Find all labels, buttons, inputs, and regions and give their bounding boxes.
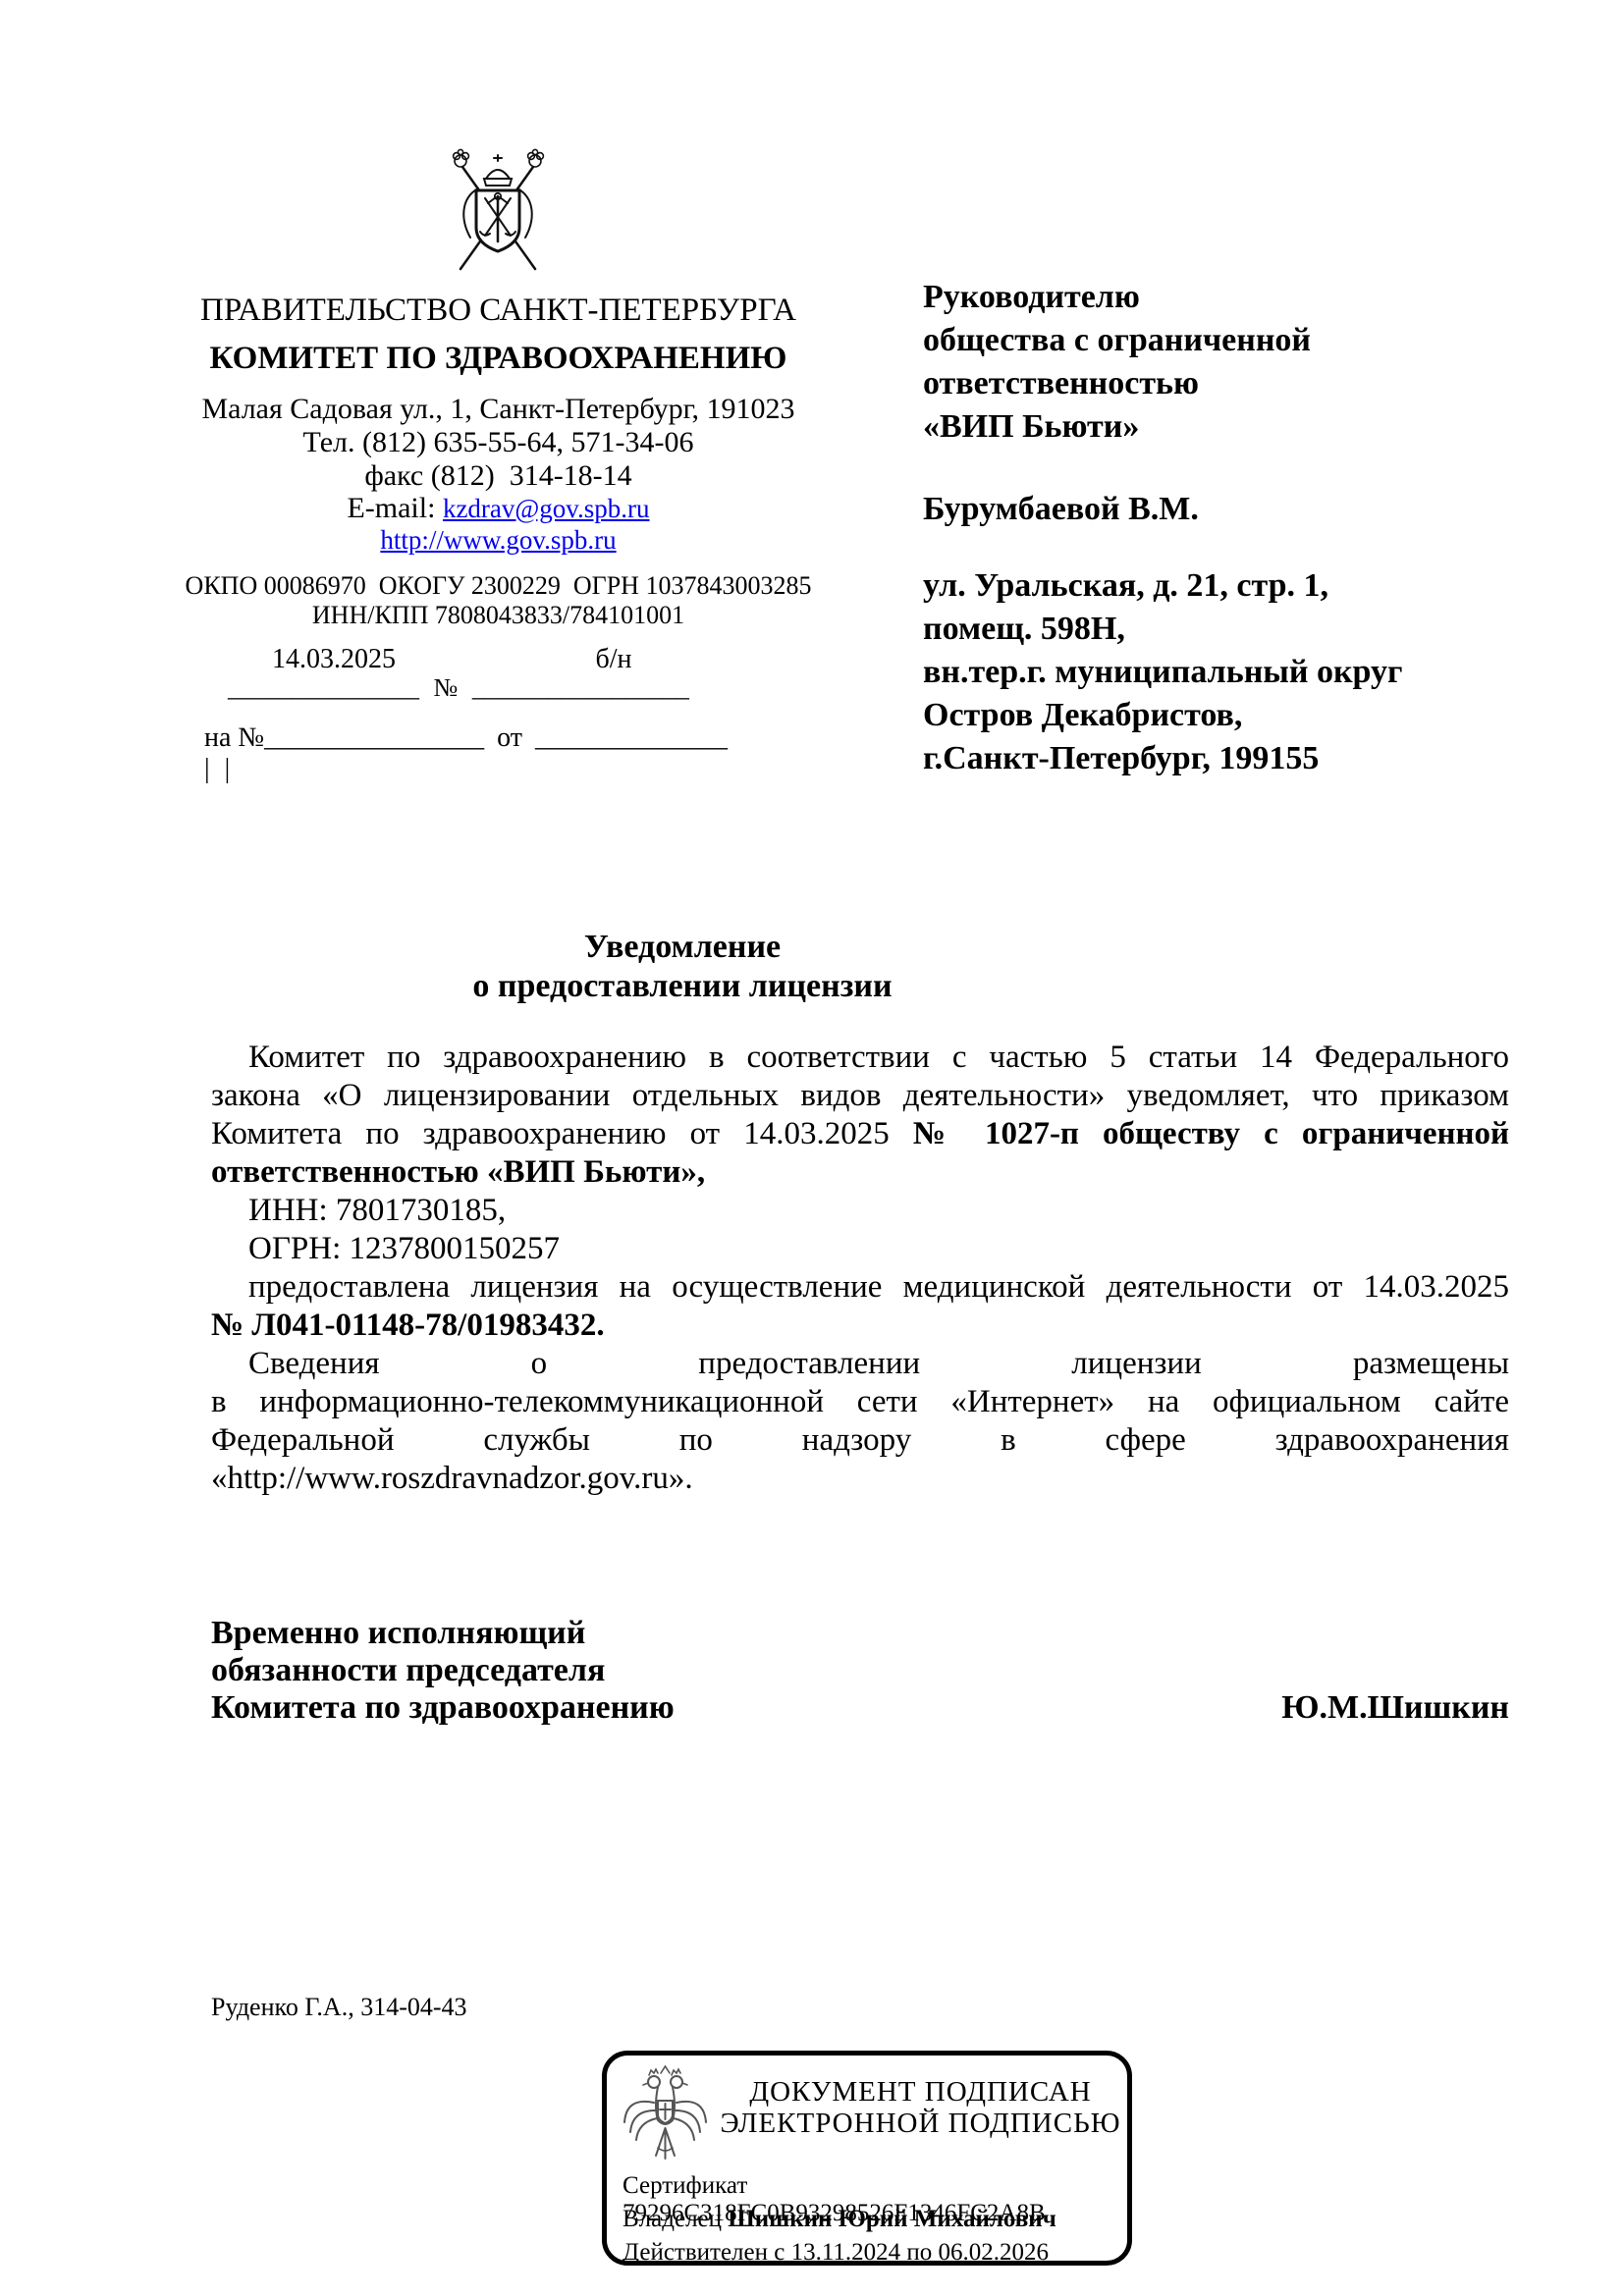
addressee-line-1: Руководителю: [923, 278, 1512, 317]
body-p1-line3: Комитета по здравоохранению от 14.03.202…: [211, 1115, 1509, 1153]
stamp-title-line1: ДОКУМЕНТ ПОДПИСАН: [717, 2076, 1124, 2109]
website-link[interactable]: http://www.gov.spb.ru: [380, 525, 616, 555]
org-codes-line1: ОКПО 00086970 ОКОГУ 2300229 ОГРН 1037843…: [147, 571, 849, 601]
body-p1-line2: закона «О лицензировании отдельных видов…: [211, 1077, 1509, 1115]
body-p1-line1: Комитет по здравоохранению в соответстви…: [211, 1039, 1509, 1077]
email-link[interactable]: kzdrav@gov.spb.ru: [443, 494, 650, 523]
addressee-premises: помещ. 598Н,: [923, 610, 1512, 649]
reply-reference-row: на №________________ от ______________: [204, 722, 728, 754]
company-name-bold: ответственностью «ВИП Бьюти»,: [211, 1153, 1509, 1192]
committee-fax: факс (812) 314-18-14: [147, 459, 849, 493]
addressee-district-2: Остров Декабристов,: [923, 696, 1512, 735]
owner-name: Шишкин Юрий Михайлович: [728, 2206, 1056, 2232]
body-p4-line1: Сведения о предоставлении лицензии разме…: [211, 1345, 1509, 1383]
addressee-line-4: «ВИП Бьюти»: [923, 407, 1512, 447]
date-blank-line: _______________: [228, 673, 419, 702]
number-line-row: _______________ № _________________: [228, 673, 689, 703]
signer-name: Ю.М.Шишкин: [211, 1689, 1509, 1727]
addressee-district-1: вн.тер.г. муниципальный округ: [923, 653, 1512, 692]
ogrn-line: ОГРН: 1237800150257: [211, 1230, 1546, 1268]
owner-label: Владелец: [623, 2206, 722, 2232]
addressee-line-2: общества с ограниченной: [923, 321, 1512, 360]
reply-blank-2: ______________: [535, 722, 728, 753]
order-number-bold: № 1027-п обществу с ограниченной: [913, 1116, 1509, 1151]
roszdravnadzor-url: «http://www.roszdravnadzor.gov.ru».: [211, 1460, 1509, 1498]
stamp-owner-row: Владелец Шишкин Юрий Михайлович: [623, 2206, 1118, 2233]
document-title-line2: о предоставлении лицензии: [211, 968, 1154, 1005]
body-p3-line1: предоставлена лицензия на осуществление …: [211, 1268, 1509, 1307]
addressee-street: ул. Уральская, д. 21, стр. 1,: [923, 566, 1512, 606]
committee-phone: Тел. (812) 635-55-64, 571-34-06: [147, 426, 849, 459]
executor-contact: Руденко Г.А., 314-04-43: [211, 1993, 467, 2022]
reply-label: на №: [204, 722, 264, 753]
body-p4-line2: в информационно-телекоммуникационной сет…: [211, 1383, 1509, 1421]
committee-address: Малая Садовая ул., 1, Санкт-Петербург, 1…: [147, 393, 849, 426]
org-codes-line2: ИНН/КПП 7808043833/784101001: [147, 601, 849, 630]
letter-date: 14.03.2025: [236, 644, 432, 675]
signer-title-line1: Временно исполняющий: [211, 1615, 585, 1652]
committee-name: КОМИТЕТ ПО ЗДРАВООХРАНЕНИЮ: [147, 341, 849, 377]
government-name: ПРАВИТЕЛЬСТВО САНКТ-ПЕТЕРБУРГА: [147, 293, 849, 329]
body-p4-line3: Федеральной службы по надзору в сфере зд…: [211, 1421, 1509, 1460]
stamp-validity-row: Действителен с 13.11.2024 по 06.02.2026: [623, 2239, 1118, 2267]
email-row: E-mail: kzdrav@gov.spb.ru: [147, 492, 849, 525]
document-title-line1: Уведомление: [211, 929, 1154, 966]
addressee-line-3: ответственностью: [923, 364, 1512, 403]
number-blank-line: _________________: [472, 673, 689, 702]
addressee-city: г.Санкт-Петербург, 199155: [923, 739, 1512, 778]
stamp-title-line2: ЭЛЕКТРОННОЙ ПОДПИСЬЮ: [717, 2108, 1124, 2140]
number-sign: №: [434, 673, 459, 702]
body-p1-line3-normal: Комитета по здравоохранению от 14.03.202…: [211, 1116, 890, 1151]
reply-blank-1: ________________: [264, 722, 484, 753]
roszdravnadzor-eagle-icon: [619, 2059, 712, 2163]
email-label: E-mail:: [347, 492, 435, 524]
spb-coat-of-arms-icon: [437, 147, 559, 277]
license-number-bold: № Л041-01148-78/01983432.: [211, 1307, 1509, 1345]
reply-from-label: от: [497, 722, 522, 753]
separator-bars: | |: [204, 754, 234, 785]
letter-page: ПРАВИТЕЛЬСТВО САНКТ-ПЕТЕРБУРГА КОМИТЕТ П…: [0, 0, 1624, 2296]
website-row: http://www.gov.spb.ru: [147, 525, 849, 556]
letter-number: б/н: [550, 644, 677, 675]
inn-line: ИНН: 7801730185,: [211, 1192, 1546, 1230]
certificate-label: Сертификат: [623, 2172, 747, 2199]
addressee-person: Бурумбаевой В.М.: [923, 490, 1512, 529]
signer-title-line2: обязанности председателя: [211, 1652, 605, 1689]
